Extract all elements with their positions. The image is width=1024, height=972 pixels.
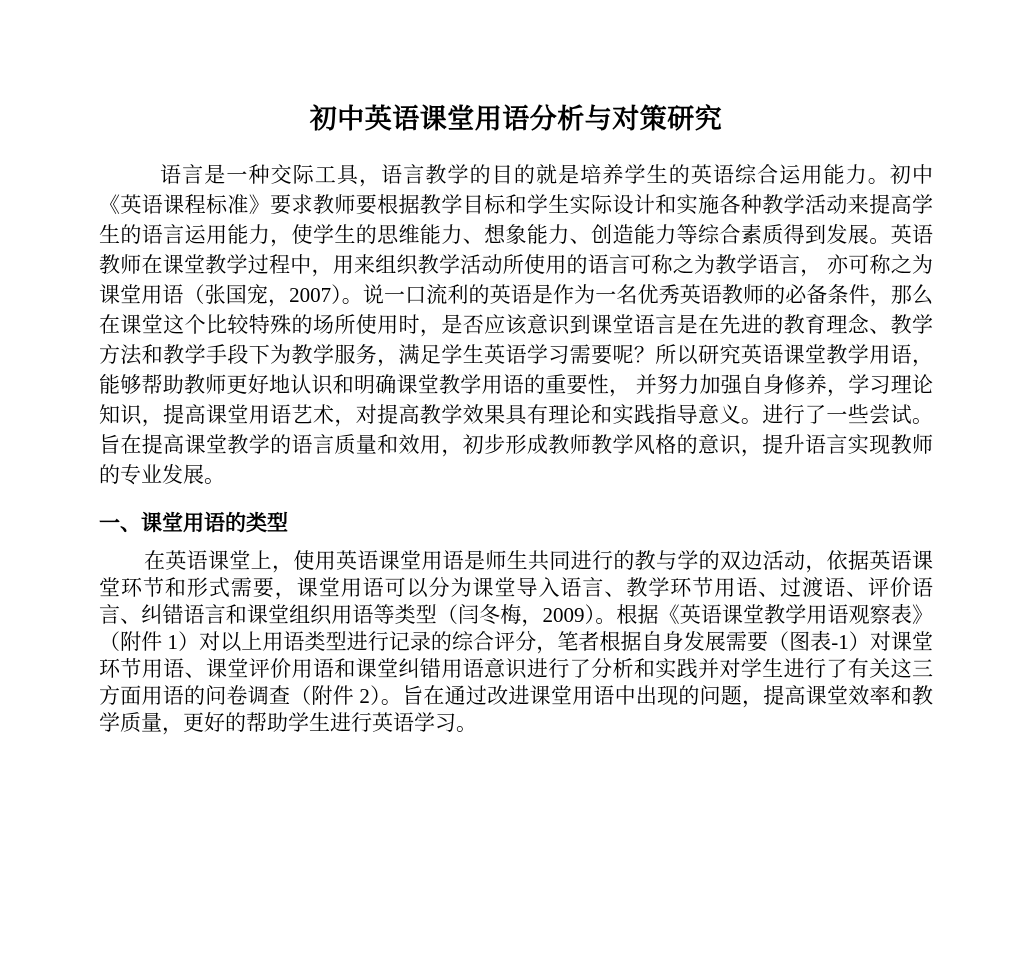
section-heading: 一、课堂用语的类型: [99, 508, 933, 538]
section-paragraph: 在英语课堂上，使用英语课堂用语是师生共同进行的教与学的双边活动，依据英语课堂环节…: [99, 548, 933, 737]
intro-paragraph: 语言是一种交际工具，语言教学的目的就是培养学生的英语综合运用能力。初中《英语课程…: [99, 160, 933, 490]
document-content: 初中英语课堂用语分析与对策研究 语言是一种交际工具，语言教学的目的就是培养学生的…: [99, 0, 933, 737]
document-title: 初中英语课堂用语分析与对策研究: [99, 100, 933, 138]
document-page: 初中英语课堂用语分析与对策研究 语言是一种交际工具，语言教学的目的就是培养学生的…: [0, 0, 1024, 972]
